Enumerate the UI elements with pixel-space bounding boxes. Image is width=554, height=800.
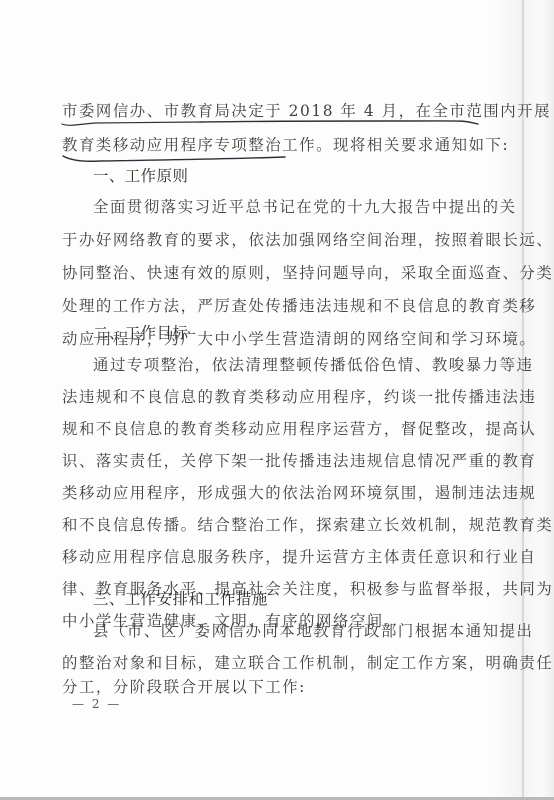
section-heading-arrangements: 三、工作安排和工作措施 xyxy=(93,589,268,609)
paragraph-line: 移动应用程序信息服务秩序，提升运营方主体责任意识和行业自 xyxy=(62,547,536,567)
section-heading-goals: 二、工作目标 xyxy=(93,323,188,343)
paragraph-line: 协同整治、快速有效的原则，坚持问题导向，采取全面巡查、分类 xyxy=(62,263,553,283)
page-number: — 2 — xyxy=(72,697,121,711)
paragraph-line: 的整治对象和目标，建立联合工作机制，制定工作方案，明确责任 xyxy=(62,653,553,673)
document-page: 市委网信办、市教育局决定于 2018 年 4 月，在全市范围内开展 教育类移动应… xyxy=(0,0,554,800)
paragraph-line: 于办好网络教育的要求，依法加强网络空间治理，按照着眼长远、 xyxy=(62,230,553,250)
paragraph-line: 处理的工作方法，严厉查处传播违法违规和不良信息的教育类移 xyxy=(62,296,536,316)
paragraph-line: 通过专项整治，依法清理整顿传播低俗色情、教唆暴力等违 xyxy=(93,355,533,375)
paragraph-line: 类移动应用程序，形成强大的依法治网环境氛围，遏制违法违规 xyxy=(62,483,536,503)
paragraph-line: 和不良信息传播。结合整治工作，探索建立长效机制，规范教育类 xyxy=(62,515,553,535)
paragraph-line: 全面贯彻落实习近平总书记在党的十九大报告中提出的关 xyxy=(93,197,517,217)
paragraph-line: 规和不良信息的教育类移动应用程序运营方，督促整改，提高认 xyxy=(62,419,536,439)
paragraph-line: 法违规和不良信息的教育类移动应用程序，约谈一批传播违法违 xyxy=(62,387,536,407)
paragraph-line: 分工，分阶段联合开展以下工作: xyxy=(62,677,306,697)
intro-line-1: 市委网信办、市教育局决定于 2018 年 4 月，在全市范围内开展 xyxy=(62,101,551,121)
paragraph-line: 县（市、区）委网信办同本地教育行政部门根据本通知提出 xyxy=(93,621,533,641)
intro-line-2: 教育类移动应用程序专项整治工作。现将相关要求通知如下: xyxy=(62,135,509,155)
paragraph-line: 识、落实责任，关停下架一批传播违法违规信息情况严重的教育 xyxy=(62,451,536,471)
section-heading-principles: 一、工作原则 xyxy=(93,166,188,186)
